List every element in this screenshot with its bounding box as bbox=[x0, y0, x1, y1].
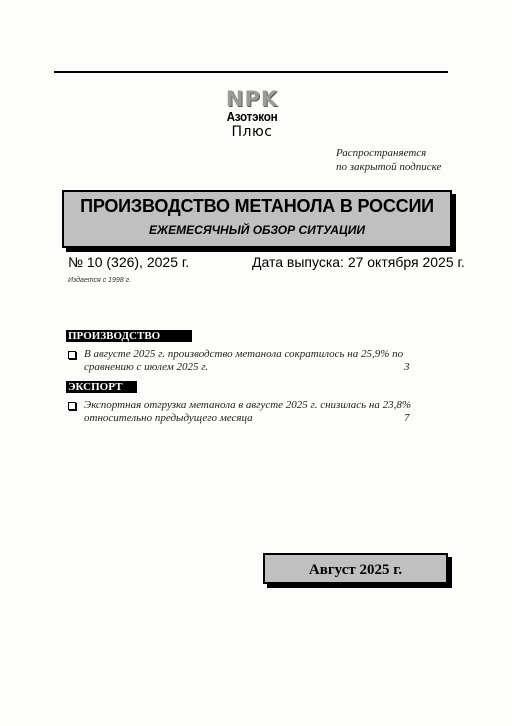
issue-number: № 10 (326), 2025 г. bbox=[68, 254, 189, 270]
toc-page-number: 3 bbox=[404, 361, 410, 374]
document-subtitle: ЕЖЕМЕСЯЧНЫЙ ОБЗОР СИТУАЦИИ bbox=[64, 222, 450, 238]
toc-page-number: 7 bbox=[404, 412, 410, 425]
title-box: ПРОИЗВОДСТВО МЕТАНОЛА В РОССИИ ЕЖЕМЕСЯЧН… bbox=[62, 190, 452, 248]
checkbox-bullet-icon bbox=[68, 351, 76, 359]
distribution-note-line2: по закрытой подписке bbox=[336, 160, 441, 174]
distribution-note: Распространяется по закрытой подписке bbox=[336, 146, 441, 174]
logo-plus-text: Плюс bbox=[210, 124, 294, 140]
period-box: Август 2025 г. bbox=[263, 553, 448, 584]
section-header-production: ПРОИЗВОДСТВО bbox=[66, 330, 192, 342]
toc-item[interactable]: Экспортная отгрузка метанола в августе 2… bbox=[68, 399, 452, 425]
publisher-logo: NPK Азотэкон Плюс bbox=[210, 88, 294, 140]
toc-item-text: В августе 2025 г. производство метанола … bbox=[84, 348, 452, 374]
toc-item[interactable]: В августе 2025 г. производство метанола … bbox=[68, 348, 452, 374]
checkbox-bullet-icon bbox=[68, 402, 76, 410]
release-date: Дата выпуска: 27 октября 2025 г. bbox=[252, 254, 465, 270]
distribution-note-line1: Распространяется bbox=[336, 146, 441, 160]
published-since: Издается с 1998 г. bbox=[68, 277, 131, 284]
document-title: ПРОИЗВОДСТВО МЕТАНОЛА В РОССИИ bbox=[64, 195, 450, 217]
top-rule bbox=[54, 71, 448, 73]
toc-item-text: Экспортная отгрузка метанола в августе 2… bbox=[84, 399, 452, 425]
logo-azotekon-text: Азотэкон bbox=[214, 110, 290, 124]
logo-npk-text: NPK bbox=[210, 88, 294, 110]
section-header-export: ЭКСПОРТ bbox=[66, 381, 137, 393]
